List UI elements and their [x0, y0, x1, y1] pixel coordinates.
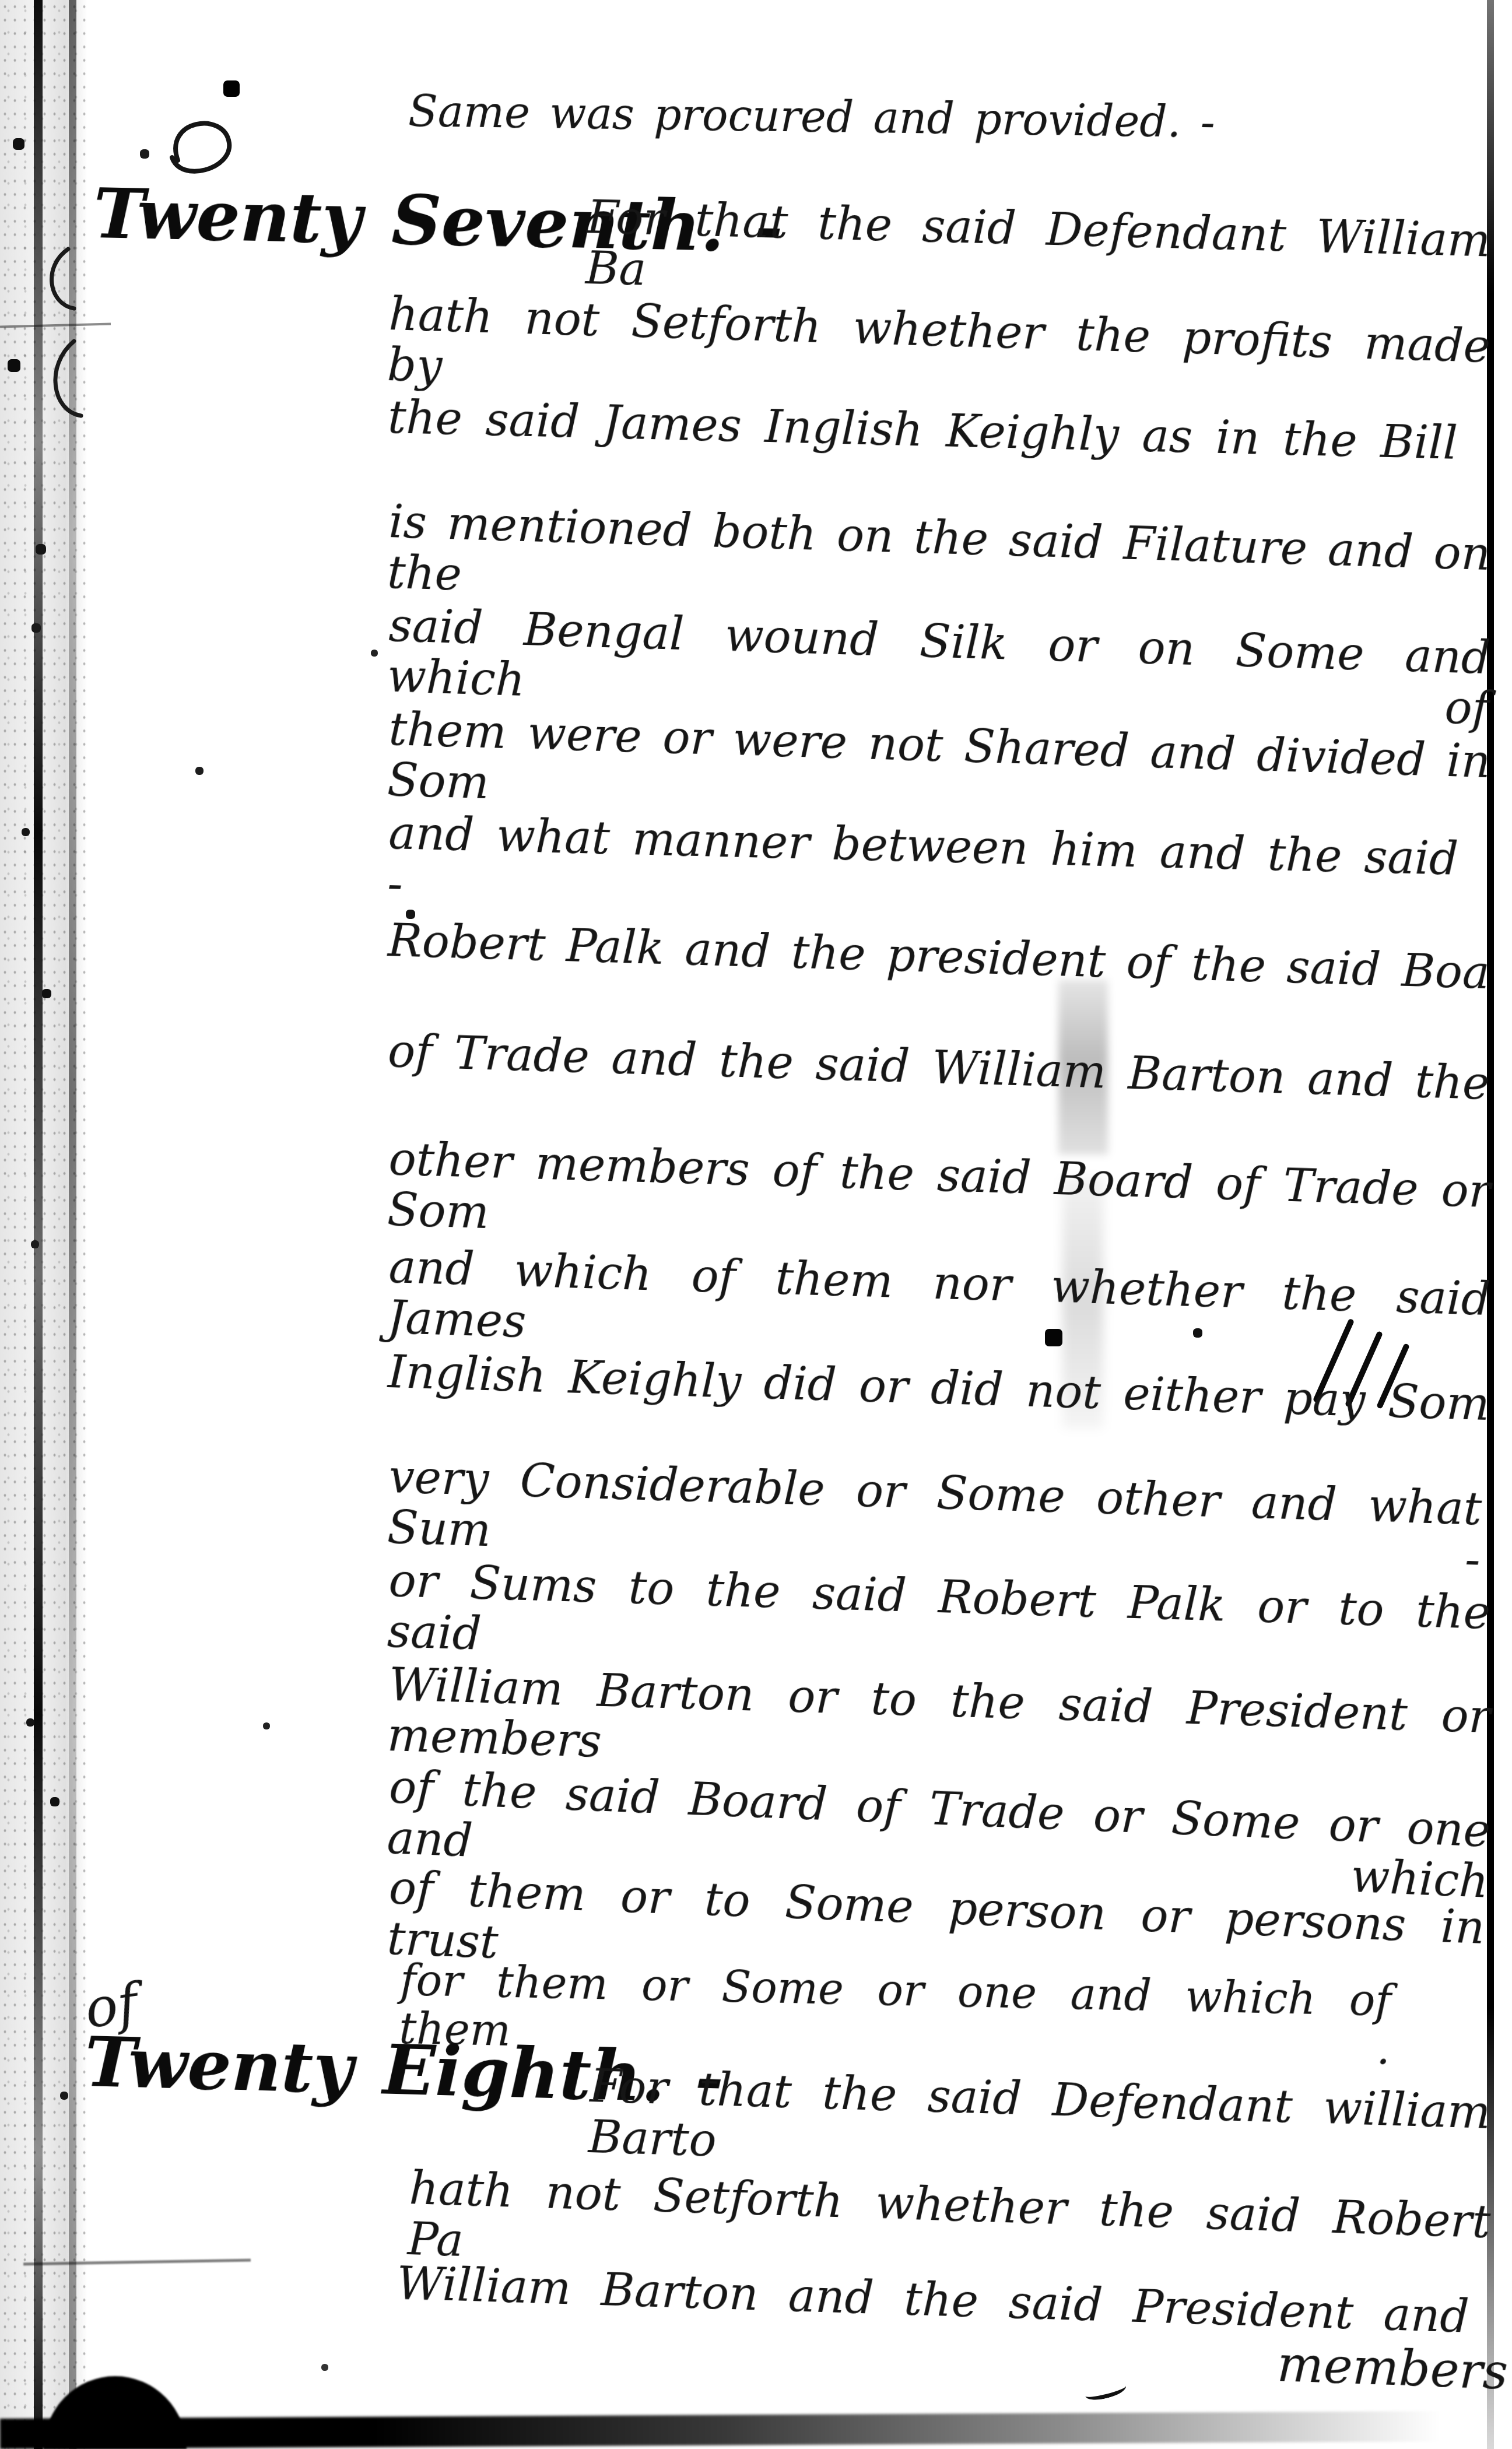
manuscript-line: members — [1276, 2336, 1509, 2399]
pen-flourish — [32, 96, 277, 423]
manuscript-line: For that the said Defendant william Bart… — [588, 2061, 1492, 2190]
ink-specks — [0, 0, 2, 2]
manuscript-page: Same was procured and provided. - Twenty… — [0, 0, 1512, 2449]
pen-squiggle — [1083, 2379, 1128, 2404]
bottom-edge-smear — [0, 2411, 1440, 2449]
manuscript-line: of Trade and the said William Barton and… — [387, 1026, 1490, 1110]
manuscript-line: Same was procured and provided. - — [408, 87, 1216, 147]
